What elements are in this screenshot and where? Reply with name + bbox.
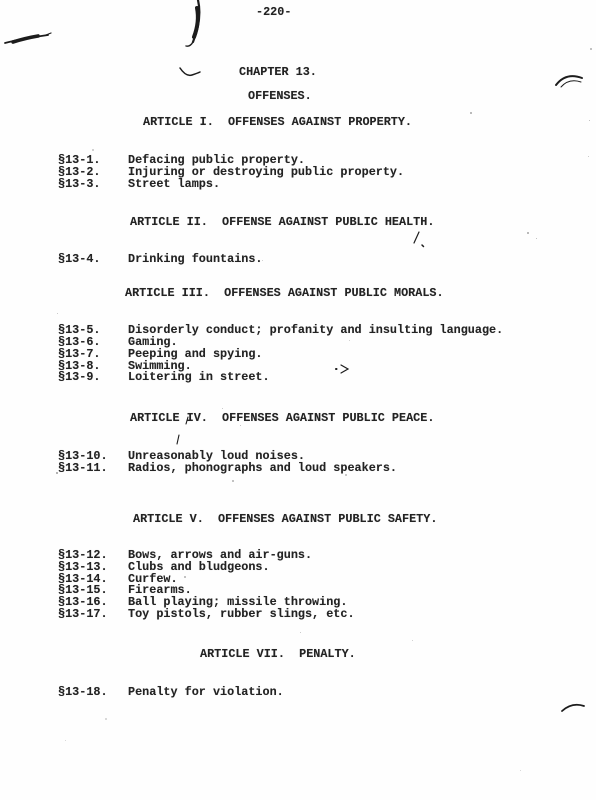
ink-smudge-mark	[2, 28, 54, 50]
noise-speck	[184, 576, 186, 578]
noise-speck	[232, 480, 234, 482]
section-number: §13-17.	[58, 608, 128, 620]
small-tick-mark	[410, 230, 428, 250]
section-row: §13-11.Radios, phonographs and loud spea…	[58, 462, 397, 474]
scanned-document-page: -220- CHAPTER 13. OFFENSES. ARTICLE I. O…	[0, 0, 596, 800]
pen-stroke-mark	[183, 0, 211, 52]
article-heading: ARTICLE III. OFFENSES AGAINST PUBLIC MOR…	[125, 287, 444, 299]
section-row: §13-3.Street lamps.	[58, 178, 220, 190]
section-number: §13-9.	[58, 371, 128, 383]
section-title: Toy pistols, rubber slings, etc.	[128, 607, 355, 621]
noise-speck	[57, 313, 58, 314]
section-title: Radios, phonographs and loud speakers.	[128, 461, 397, 475]
noise-speck	[589, 120, 590, 121]
article-heading: ARTICLE IV. OFFENSES AGAINST PUBLIC PEAC…	[130, 412, 434, 424]
noise-speck	[590, 48, 592, 50]
section-title: Loitering in street.	[128, 370, 270, 384]
noise-speck	[222, 408, 223, 409]
noise-speck	[349, 340, 350, 341]
article-heading: ARTICLE II. OFFENSE AGAINST PUBLIC HEALT…	[130, 216, 434, 228]
noise-speck	[412, 640, 413, 641]
section-number: §13-3.	[58, 178, 128, 190]
crescent-mark-bottom-right	[560, 700, 586, 714]
section-row: §13-17.Toy pistols, rubber slings, etc.	[58, 608, 355, 620]
article-heading: ARTICLE VII. PENALTY.	[200, 648, 356, 660]
article-heading: ARTICLE V. OFFENSES AGAINST PUBLIC SAFET…	[133, 513, 437, 525]
noise-speck	[588, 156, 589, 157]
section-title: Street lamps.	[128, 177, 220, 191]
section-title: Drinking fountains.	[128, 252, 263, 266]
noise-speck	[105, 718, 107, 720]
chevron-speck-mark	[334, 362, 352, 376]
noise-speck	[65, 740, 66, 741]
section-row: §13-9.Loitering in street.	[58, 371, 270, 383]
chapter-title: CHAPTER 13.	[239, 66, 317, 78]
section-title: Penalty for violation.	[128, 685, 284, 699]
noise-speck	[92, 149, 94, 151]
section-title: Disorderly conduct; profanity and insult…	[128, 323, 503, 337]
noise-speck	[300, 632, 301, 633]
crescent-mark-top-right	[552, 70, 586, 92]
section-row: §13-18.Penalty for violation.	[58, 686, 284, 698]
noise-speck	[536, 238, 537, 239]
section-row: §13-2.Injuring or destroying public prop…	[58, 166, 404, 178]
section-number: §13-4.	[58, 253, 128, 265]
chapter-subtitle: OFFENSES.	[248, 90, 312, 102]
noise-speck	[527, 232, 529, 234]
squiggle-mark	[178, 64, 202, 79]
section-row: §13-4.Drinking fountains.	[58, 253, 263, 265]
section-row: §13-5.Disorderly conduct; profanity and …	[58, 324, 503, 336]
page-number: -220-	[256, 6, 291, 18]
section-number: §13-18.	[58, 686, 128, 698]
noise-speck	[520, 770, 521, 771]
noise-speck	[470, 112, 472, 114]
noise-speck	[240, 425, 241, 426]
article-heading: ARTICLE I. OFFENSES AGAINST PROPERTY.	[143, 116, 412, 128]
section-number: §13-11.	[58, 462, 128, 474]
